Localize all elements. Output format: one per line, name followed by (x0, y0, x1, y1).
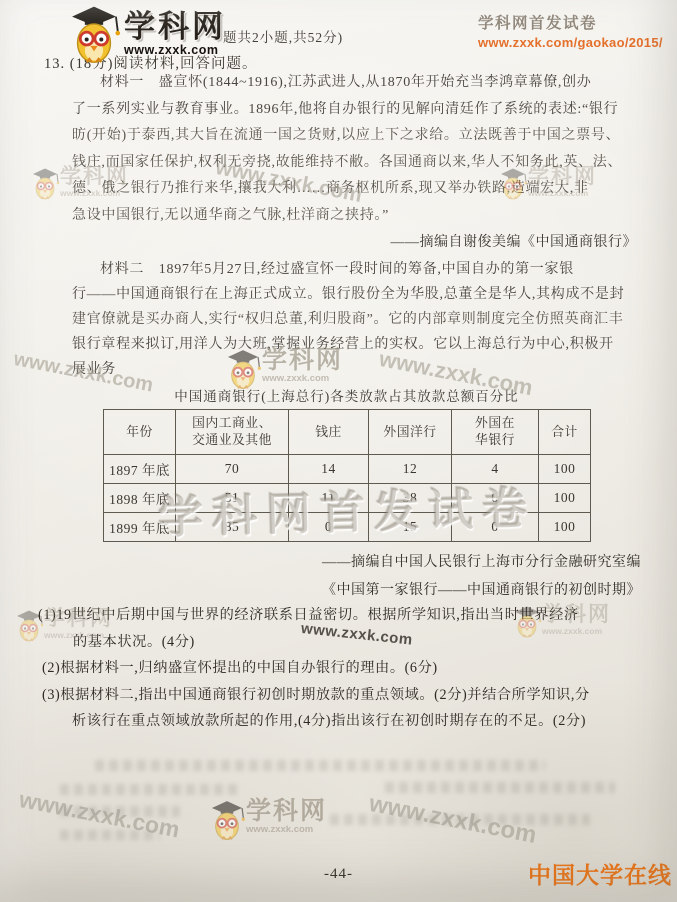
watermark-logo: 学科网 www.zxxk.com (14, 608, 113, 643)
col-header-qianzhuang: 钱庄 (289, 410, 369, 455)
owl-mascot-icon (498, 166, 528, 201)
watermark-logo-text: 学科网 (528, 166, 597, 188)
release-title: 学科网首发试卷 (478, 11, 663, 33)
col-header-year: 年份 (104, 410, 176, 455)
watermark-logo-text: 学科网 (262, 347, 343, 373)
watermark-url: www.zxxk.com (300, 620, 413, 649)
watermark-logo-text-block: 学科网 www.zxxk.com (44, 608, 113, 640)
material-one-line: 昉(开始)于泰西,其大旨在流通一国之货财,以应上下之求给。立法既善于中国之票号、 (72, 123, 622, 150)
watermark-logo-url: www.zxxk.com (542, 626, 611, 636)
release-banner: 学科网首发试卷 www.zxxk.com/gaokao/2015/ (478, 11, 663, 50)
watermark-logo-text: 学科网 (542, 604, 611, 626)
owl-mascot-icon (14, 608, 44, 643)
material-two-line: 行——中国通商银行在上海正式成立。银行股份全为华股,总董全是华人,其构成不是封 (72, 282, 624, 307)
watermark-url: www.zxxk.com (367, 790, 539, 850)
owl-mascot-icon (208, 798, 246, 842)
logo-site-name: 学科网 (124, 12, 226, 42)
sub-question-3-line: 析该行在重点领域放款所起的作用,(4分)指出该行在初创时期存在的不足。(2分) (72, 710, 586, 730)
owl-mascot-icon (224, 347, 262, 391)
material-one-line: 了一系列实业与教育事业。1896年,他将自办银行的见解向清廷作了系统的表述:“银… (72, 97, 622, 124)
col-header-domestic: 国内工商业、 交通业及其他 (176, 410, 289, 455)
col-header-foreign-banks: 外国在 华银行 (452, 410, 539, 455)
watermark-logo-text: 学科网 (246, 798, 327, 824)
material-one-line: 材料一 盛宣怀(1844~1916),江苏武进人,从1870年开始充当李鸿章幕僚… (72, 70, 622, 97)
watermark-logo-url: www.zxxk.com (44, 630, 113, 640)
logo-site-url: www.zxxk.com (124, 43, 226, 57)
watermark-embossed: 学科网首发试卷 (157, 471, 537, 546)
col-header-total: 合计 (539, 410, 591, 455)
watermark-logo-url: www.zxxk.com (262, 373, 343, 384)
owl-mascot-icon (30, 166, 60, 201)
material-two-source-line1: ——摘编自中国人民银行上海市分行金融研究室编 (322, 551, 641, 571)
watermark-logo-text-block: 学科网 www.zxxk.com (542, 604, 611, 636)
watermark-logo: 学科网 www.zxxk.com (208, 798, 327, 842)
table-cell: 100 (539, 484, 591, 513)
table-cell: 100 (539, 513, 591, 542)
scanned-exam-page: 学科网 www.zxxk.com 题共2小题,共52分) 学科网首发试卷 www… (0, 0, 677, 902)
table-header-row: 年份 国内工商业、 交通业及其他 钱庄 外国洋行 外国在 华银行 合计 (104, 410, 591, 455)
sub-question-2-line: (2)根据材料一,归纳盛宣怀提出的中国自办银行的理由。(6分) (42, 657, 438, 677)
watermark-logo-text: 学科网 (60, 166, 129, 188)
material-two-line: 材料二 1897年5月27日,经过盛宣怀一段时间的筹备,中国自办的第一家银 (72, 257, 624, 282)
bleed-through-text (95, 760, 545, 771)
material-two-line: 银行章程来拟订,用洋人为大班,掌握业务经营上的实权。它以上海总行为中心,积极开 (72, 332, 624, 357)
watermark-logo-url: www.zxxk.com (528, 188, 597, 198)
watermark-logo-url: www.zxxk.com (246, 824, 327, 835)
watermark-logo: 学科网 www.zxxk.com (224, 347, 343, 391)
table-cell: 100 (539, 455, 591, 484)
material-two-line: 建官僚就是买办商人,实行“权归总董,利归股商”。它的内部章则制度完全仿照英商汇丰 (72, 307, 624, 332)
material-two-source-line2: 《中国第一家银行——中国通商银行的初创时期》 (322, 579, 641, 599)
owl-mascot-icon (512, 604, 542, 639)
material-two: 材料二 1897年5月27日,经过盛宣怀一段时间的筹备,中国自办的第一家银 行—… (72, 257, 624, 382)
release-url: www.zxxk.com/gaokao/2015/ (478, 35, 663, 50)
logo-text-block: 学科网 www.zxxk.com (124, 12, 226, 57)
sub-question-3-line: (3)根据材料二,指出中国通商银行初创时期放款的重点领域。(2分)并结合所学知识… (42, 684, 590, 704)
section-note: 题共2小题,共52分) (223, 26, 343, 46)
watermark-logo: 学科网 www.zxxk.com (498, 166, 597, 201)
watermark-logo-text-block: 学科网 www.zxxk.com (528, 166, 597, 198)
watermark-logo-text-block: 学科网 www.zxxk.com (262, 347, 343, 384)
table-cell: 1897 年底 (104, 455, 176, 484)
owl-mascot-icon (66, 2, 122, 66)
bleed-through-text (385, 782, 615, 793)
watermark-logo-text-block: 学科网 www.zxxk.com (246, 798, 327, 835)
watermark-logo: 学科网 www.zxxk.com (512, 604, 611, 639)
material-one-source: ——摘编自谢俊美编《中国通商银行》 (0, 231, 637, 251)
watermark-logo-text-block: 学科网 www.zxxk.com (60, 166, 129, 198)
watermark-logo-url: www.zxxk.com (60, 188, 129, 198)
zxxk-logo: 学科网 www.zxxk.com (66, 2, 226, 66)
col-header-foreign-firms: 外国洋行 (369, 410, 452, 455)
watermark-logo: 学科网 www.zxxk.com (30, 166, 129, 201)
material-one-line: 急设中国银行,无以通华商之气脉,杜洋商之挟持。” (72, 203, 622, 230)
brand-bottom-right: 中国大学在线 (528, 857, 672, 890)
watermark-logo-text: 学科网 (44, 608, 113, 630)
material-two-line: 展业务 (72, 357, 624, 382)
bleed-through-text (60, 784, 240, 795)
